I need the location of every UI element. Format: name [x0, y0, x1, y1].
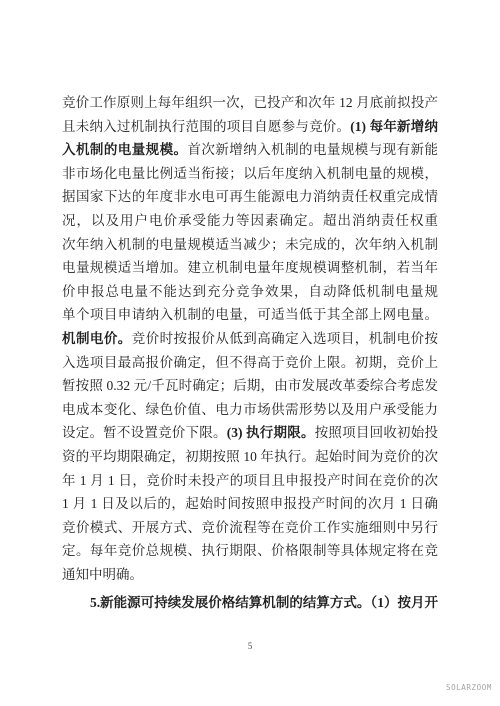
- text-line: 定。每年竞价总规模、执行期限、价格限制等具体规定将在竞价: [62, 539, 438, 563]
- text-segment: 单个项目申请纳入机制的电量，可适当低于其全部上网电量。: [62, 307, 438, 322]
- text-line: 非市场化电量比例适当衔接；以后年度纳入机制电量的规模，根: [62, 162, 438, 186]
- text-line: 入选项目最高报价确定，但不得高于竞价上限。初期，竞价上限: [62, 351, 438, 375]
- text-segment: 暂按照 0.32 元/千瓦时确定；后期，由市发展改革委综合考虑发: [62, 378, 438, 393]
- text-segment: 年 1 月 1 日，竞价时未投产的项目且申报投产时间在竞价的次年: [62, 473, 438, 493]
- text-segment: 按照项目回收初始投: [315, 425, 438, 440]
- text-segment: 价申报总电量不能达到充分竞争效果，自动降低机制电量规模。: [62, 284, 438, 304]
- text-line: 1 月 1 日及以后的，起始时间按照申报投产时间的次月 1 日确定。: [62, 492, 438, 516]
- text-segment: 设定。暂不设置竞价下限。: [62, 425, 227, 440]
- bold-text-segment: (1) 每年新增纳: [350, 119, 438, 134]
- text-segment: 竞价模式、开展方式、竞价流程等在竞价工作实施细则中另行制: [62, 520, 438, 540]
- text-segment: 入选项目最高报价确定，但不得高于竞价上限。初期，竞价上限: [62, 355, 438, 375]
- text-segment: 且未纳入过机制执行范围的项目自愿参与竞价。: [62, 119, 350, 134]
- paragraph-settlement-heading: 5.新能源可持续发展价格结算机制的结算方式。（1）按月开: [62, 591, 438, 615]
- text-segment: 通知中明确。: [62, 567, 143, 582]
- text-segment: 1 月 1 日及以后的，起始时间按照申报投产时间的次月 1 日确定。: [62, 496, 438, 516]
- text-line: 单个项目申请纳入机制的电量，可适当低于其全部上网电量。(2): [62, 303, 438, 327]
- watermark-text: SOLARZOOM: [446, 683, 492, 692]
- text-segment: 竞价工作原则上每年组织一次，已投产和次年 12 月底前拟投产: [62, 95, 438, 110]
- text-line: 暂按照 0.32 元/千瓦时确定；后期，由市发展改革委综合考虑发: [62, 374, 438, 398]
- text-line: 价申报总电量不能达到充分竞争效果，自动降低机制电量规模。: [62, 280, 438, 304]
- text-segment: 次年纳入机制的电量规模适当减少；未完成的，次年纳入机制的: [62, 237, 438, 257]
- text-line: 机制电价。竞价时按报价从低到高确定入选项目，机制电价按照: [62, 327, 438, 351]
- text-line: 竞价模式、开展方式、竞价流程等在竞价工作实施细则中另行制: [62, 516, 438, 540]
- text-line: 入机制的电量规模。首次新增纳入机制的电量规模与现有新能源: [62, 138, 438, 162]
- bold-text-segment: 入机制的电量规模。: [62, 142, 187, 157]
- text-line: 通知中明确。: [62, 563, 438, 587]
- text-line: 竞价工作原则上每年组织一次，已投产和次年 12 月底前拟投产: [62, 91, 438, 115]
- text-line: 况，以及用户电价承受能力等因素确定。超出消纳责任权重的，: [62, 209, 438, 233]
- document-body: 竞价工作原则上每年组织一次，已投产和次年 12 月底前拟投产且未纳入过机制执行范…: [62, 91, 438, 615]
- text-line: 次年纳入机制的电量规模适当减少；未完成的，次年纳入机制的: [62, 233, 438, 257]
- text-segment: 电成本变化、绿色价值、电力市场供需形势以及用户承受能力等: [62, 402, 438, 422]
- text-segment: 定。每年竞价总规模、执行期限、价格限制等具体规定将在竞价: [62, 543, 438, 563]
- bold-text-segment: 机制电价。: [62, 331, 132, 346]
- text-line: 且未纳入过机制执行范围的项目自愿参与竞价。(1) 每年新增纳: [62, 115, 438, 139]
- text-line: 电量规模适当增加。建立机制电量年度规模调整机制，若当年竞: [62, 256, 438, 280]
- text-line: 据国家下达的年度非水电可再生能源电力消纳责任权重完成情: [62, 185, 438, 209]
- text-segment: 电量规模适当增加。建立机制电量年度规模调整机制，若当年竞: [62, 260, 438, 280]
- text-segment: 况，以及用户电价承受能力等因素确定。超出消纳责任权重的，: [62, 213, 438, 233]
- bold-text-segment: 5.新能源可持续发展价格结算机制的结算方式。（1）按月开: [90, 595, 438, 610]
- text-segment: 非市场化电量比例适当衔接；以后年度纳入机制电量的规模，根: [62, 166, 438, 186]
- page-number: 5: [0, 641, 500, 651]
- text-segment: 资的平均期限确定，初期按照 10 年执行。起始时间为竞价的次: [62, 449, 438, 464]
- text-segment: 据国家下达的年度非水电可再生能源电力消纳责任权重完成情: [62, 189, 438, 204]
- text-line: 5.新能源可持续发展价格结算机制的结算方式。（1）按月开: [62, 591, 438, 615]
- document-page: 竞价工作原则上每年组织一次，已投产和次年 12 月底前拟投产且未纳入过机制执行范…: [0, 0, 500, 706]
- paragraph-bidding-rules: 竞价工作原则上每年组织一次，已投产和次年 12 月底前拟投产且未纳入过机制执行范…: [62, 91, 438, 586]
- text-line: 年 1 月 1 日，竞价时未投产的项目且申报投产时间在竞价的次年: [62, 469, 438, 493]
- text-line: 设定。暂不设置竞价下限。(3) 执行期限。按照项目回收初始投: [62, 421, 438, 445]
- text-line: 资的平均期限确定，初期按照 10 年执行。起始时间为竞价的次: [62, 445, 438, 469]
- text-line: 电成本变化、绿色价值、电力市场供需形势以及用户承受能力等: [62, 398, 438, 422]
- bold-text-segment: (3) 执行期限。: [227, 425, 315, 440]
